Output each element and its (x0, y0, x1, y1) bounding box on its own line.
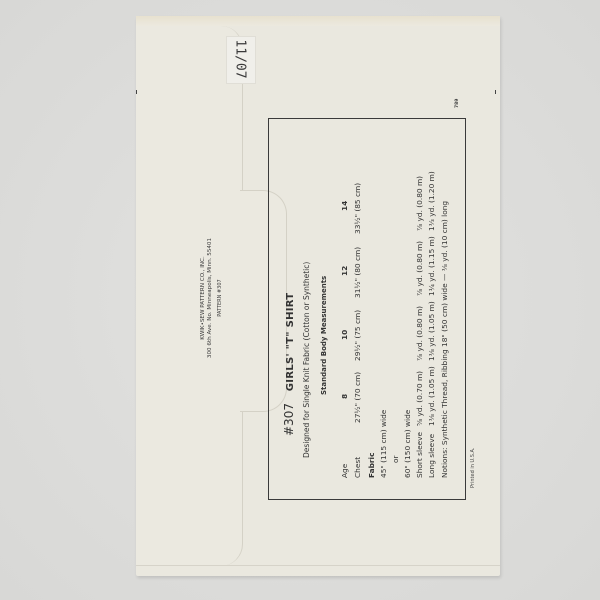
chest-14: 33½" (85 cm) (353, 183, 362, 234)
age-12: 12 (340, 266, 349, 276)
long-sleeve-label: Long sleeve (427, 434, 436, 478)
long-sleeve-12: 1¼ yd. (1.15 m) (427, 236, 436, 296)
pattern-name: GIRLS' "T" SHIRT (285, 293, 296, 392)
envelope-bottom-edge (136, 565, 500, 576)
chest-label: Chest (353, 457, 362, 478)
age-label: Age (340, 464, 349, 478)
short-sleeve-8: ⅝ yd. (0.70 m) (415, 371, 424, 426)
pattern-info-box: #307 GIRLS' "T" SHIRT Designed for Singl… (270, 120, 462, 496)
fold-mark (136, 90, 137, 94)
pattern-number: #307 (282, 403, 296, 436)
short-sleeve-14: ⅞ yd. (0.80 m) (415, 176, 424, 231)
company-name: KWIK•SEW PATTERN CO., INC. (200, 218, 207, 378)
chest-8: 27½" (70 cm) (353, 372, 362, 423)
pattern-subtitle: Designed for Single Knit Fabric (Cotton … (302, 262, 311, 458)
fold-mark (495, 90, 496, 94)
age-10: 10 (340, 330, 349, 340)
long-sleeve-14: 1⅓ yd. (1.20 m) (427, 171, 436, 231)
envelope-flap (136, 26, 243, 566)
measurements-heading: Standard Body Measurements (320, 276, 328, 395)
notions: Notions: Synthetic Thread, Ribbing 18" (… (440, 201, 449, 478)
company-address: 300 6th Ave. No. Minneapolis, Minn. 5540… (207, 218, 214, 378)
long-sleeve-10: 1⅛ yd. (1.05 m) (427, 301, 436, 361)
long-sleeve-8: 1⅛ yd. (1.05 m) (427, 366, 436, 426)
chest-12: 31½" (80 cm) (353, 247, 362, 298)
short-sleeve-label: Short sleeve (415, 432, 424, 478)
company-address-block: KWIK•SEW PATTERN CO., INC. 300 6th Ave. … (200, 218, 224, 378)
chest-10: 29½" (75 cm) (353, 310, 362, 361)
short-sleeve-12: ⅞ yd. (0.80 m) (415, 241, 424, 296)
fabric-or: or (391, 455, 400, 463)
fabric-label: Fabric (367, 453, 376, 478)
pattern-title: #307 GIRLS' "T" SHIRT (282, 293, 296, 436)
age-8: 8 (340, 394, 349, 399)
pattern-number-label: PATTERN #307 (217, 218, 224, 378)
print-code: 789 (455, 99, 460, 108)
age-14: 14 (340, 201, 349, 211)
fabric-width-60: 60" (150 cm) wide (403, 410, 412, 478)
short-sleeve-10: ⅞ yd. (0.80 m) (415, 306, 424, 361)
printed-in-usa: Printed in U.S.A. (470, 448, 476, 488)
fabric-width-45: 45" (115 cm) wide (379, 410, 388, 478)
date-sticker-text: 11/07 (233, 39, 248, 78)
